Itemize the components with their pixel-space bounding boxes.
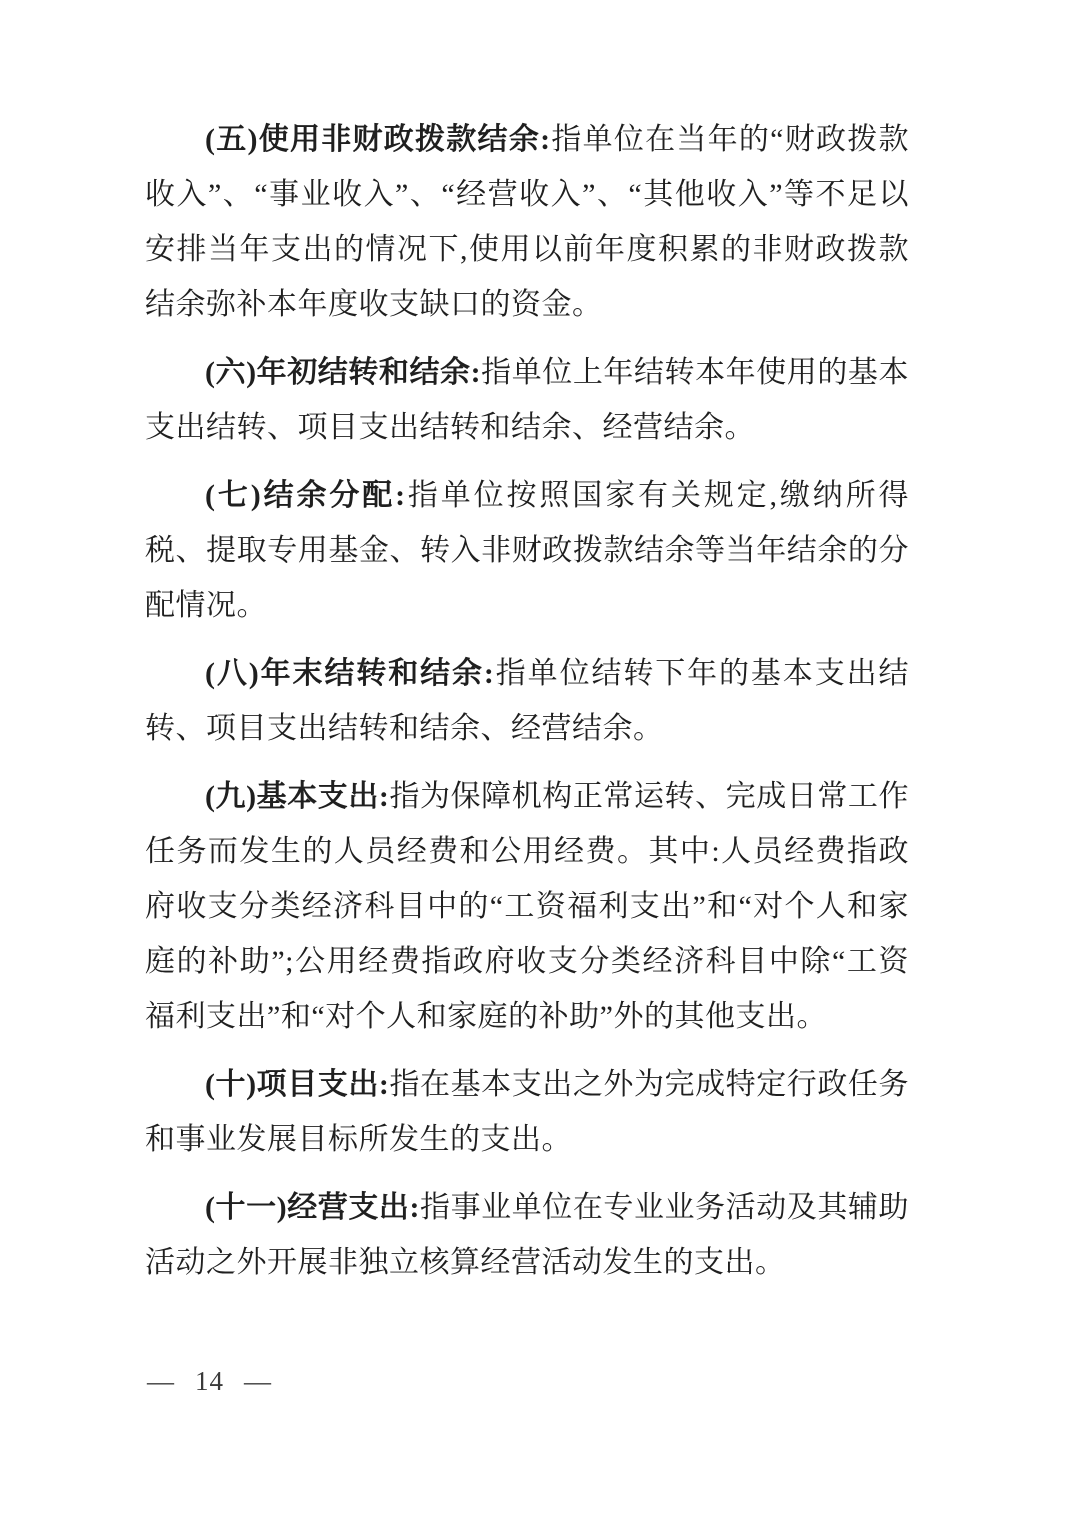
term-label: (十一)经营支出: (205, 1191, 420, 1224)
paragraph-item-10: (十)项目支出:指在基本支出之外为完成特定行政任务和事业发展目标所发生的支出。 (145, 1057, 909, 1167)
paragraph-item-9: (九)基本支出:指为保障机构正常运转、完成日常工作任务而发生的人员经费和公用经费… (145, 769, 909, 1044)
page-footer: — 14 — (147, 1366, 272, 1397)
term-label: (七)结余分配: (205, 479, 406, 512)
paragraph-item-6: (六)年初结转和结余:指单位上年结转本年使用的基本支出结转、项目支出结转和结余、… (145, 345, 909, 455)
paragraph-item-5: (五)使用非财政拨款结余:指单位在当年的“财政拨款收入”、“事业收入”、“经营收… (145, 112, 909, 332)
paragraph-item-11: (十一)经营支出:指事业单位在专业业务活动及其辅助活动之外开展非独立核算经营活动… (145, 1180, 909, 1290)
footer-left-dash: — (147, 1366, 175, 1397)
document-page: (五)使用非财政拨款结余:指单位在当年的“财政拨款收入”、“事业收入”、“经营收… (0, 0, 1074, 1520)
term-label: (六)年初结转和结余: (205, 356, 481, 389)
page-number: 14 (195, 1366, 224, 1397)
term-label: (五)使用非财政拨款结余: (205, 123, 551, 156)
term-label: (十)项目支出: (205, 1068, 389, 1101)
term-definition: 指为保障机构正常运转、完成日常工作任务而发生的人员经费和公用经费。其中:人员经费… (145, 780, 909, 1033)
paragraph-item-7: (七)结余分配:指单位按照国家有关规定,缴纳所得税、提取专用基金、转入非财政拨款… (145, 468, 909, 633)
paragraph-item-8: (八)年末结转和结余:指单位结转下年的基本支出结转、项目支出结转和结余、经营结余… (145, 646, 909, 756)
footer-right-dash: — (244, 1366, 272, 1397)
term-label: (八)年末结转和结余: (205, 657, 494, 690)
document-body: (五)使用非财政拨款结余:指单位在当年的“财政拨款收入”、“事业收入”、“经营收… (145, 112, 909, 1303)
term-label: (九)基本支出: (205, 780, 389, 813)
